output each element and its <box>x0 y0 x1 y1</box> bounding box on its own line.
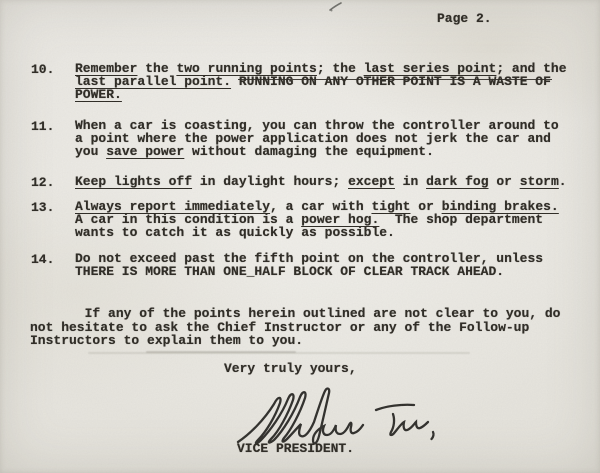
text-line: you save power without damaging the equi… <box>75 145 559 158</box>
list-item-14: 14.Do not exceed past the fifth point on… <box>31 252 543 278</box>
item-text: When a car is coasting, you can throw th… <box>75 119 559 158</box>
text-segment <box>231 74 239 89</box>
text-segment: in <box>395 174 426 189</box>
text-line: POWER. <box>75 88 567 101</box>
text-line: last parallel point. RUNNING ON ANY OTHE… <box>75 75 567 88</box>
text-segment: without damaging the equipment. <box>184 144 434 159</box>
emphasized-text: RUNNING ON ANY OTHER POINT IS A WASTE OF <box>239 74 551 89</box>
valediction: Very truly yours, <box>224 362 357 375</box>
scanned-letter-page: Page 2. 10.Remember the two running poin… <box>0 0 600 473</box>
text-segment: in daylight hours; <box>192 174 348 189</box>
text-line: wants to catch it as quickly as possible… <box>75 226 559 239</box>
text-segment: . <box>559 174 567 189</box>
list-item-10: 10.Remember the two running points; the … <box>31 62 567 101</box>
text-line: Keep lights off in daylight hours; excep… <box>75 175 567 188</box>
closing-paragraph: If any of the points herein outlined are… <box>30 307 561 348</box>
emphasized-text: save power <box>106 144 184 159</box>
list-item-13: 13.Always report immediately, a car with… <box>31 200 559 239</box>
item-text: Keep lights off in daylight hours; excep… <box>75 175 567 188</box>
text-line: not hesitate to ask the Chief Instructor… <box>30 321 561 335</box>
list-item-11: 11.When a car is coasting, you can throw… <box>31 119 559 158</box>
text-segment: wants to catch it as quickly as possible… <box>75 225 395 240</box>
emphasized-text: storm <box>520 174 559 189</box>
text-line: THERE IS MORE THAN ONE_HALF BLOCK OF CLE… <box>75 265 543 278</box>
text-segment: or <box>489 174 520 189</box>
text-segment: The shop department <box>379 212 543 227</box>
text-segment: you <box>75 144 106 159</box>
paper-crease <box>146 351 296 353</box>
handwritten-signature <box>230 384 440 449</box>
emphasized-text: dark fog <box>426 174 488 189</box>
item-text: Always report immediately, a car with ti… <box>75 200 559 239</box>
item-number: 11. <box>31 119 54 134</box>
item-number: 10. <box>31 62 54 77</box>
numbered-list: 10.Remember the two running points; the … <box>0 0 600 300</box>
text-line: If any of the points herein outlined are… <box>30 307 561 321</box>
emphasized-text: except <box>348 174 395 189</box>
signature-title: VICE PRESIDENT. <box>237 442 354 455</box>
text-segment: Instructors to explain them to you. <box>30 333 303 348</box>
text-segment: THERE IS MORE THAN ONE_HALF BLOCK OF CLE… <box>75 264 504 279</box>
emphasized-text: POWER. <box>75 87 122 102</box>
item-text: Do not exceed past the fifth point on th… <box>75 252 543 278</box>
text-line: Instructors to explain them to you. <box>30 334 561 348</box>
list-item-12: 12.Keep lights off in daylight hours; ex… <box>31 175 567 188</box>
emphasized-text: Keep lights off <box>75 174 192 189</box>
item-text: Remember the two running points; the las… <box>75 62 567 101</box>
item-number: 14. <box>31 252 54 267</box>
item-number: 12. <box>31 175 54 190</box>
item-number: 13. <box>31 200 54 215</box>
